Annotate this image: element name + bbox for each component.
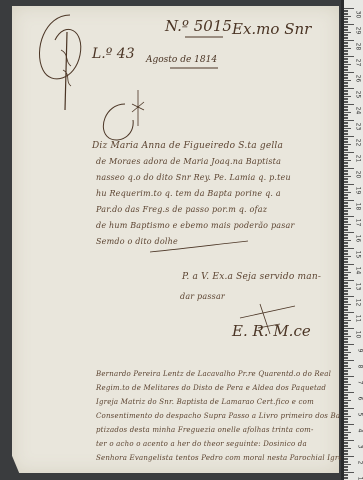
date-underline (170, 66, 220, 70)
margin-flourish-icon (25, 10, 95, 120)
petition-line: Par.do das Freg.s de passo por.m q. ofaz (96, 205, 267, 214)
petition-line: de hum Baptismo e ebemo mais poderão pas… (96, 221, 295, 230)
ruler-label: 1 (357, 477, 363, 480)
ruler-label: 30 (355, 11, 362, 19)
ruler-label: 11 (355, 315, 362, 323)
ruler-label: 20 (355, 171, 362, 179)
ruler-label: 18 (355, 203, 362, 211)
ruler-label: 7 (357, 381, 363, 385)
ruler-label: 24 (355, 107, 362, 115)
certificate-line: Senhora Evangelista tentos Pedro com mor… (96, 454, 349, 462)
certificate-line: ptizados desta minha Freguezia onelle af… (96, 426, 314, 434)
ruler-label: 29 (355, 27, 362, 35)
ruler-label: 22 (355, 139, 362, 147)
certificate-line: Regim.to de Melitares do Disto de Pera e… (96, 384, 326, 392)
ruler-label: 23 (355, 123, 362, 131)
petition-end-stroke (150, 240, 250, 254)
certificate-line: Igreja Matriz do Snr. Baptista de Lamara… (96, 398, 314, 406)
reference-underline (185, 35, 225, 39)
ruler-label: 28 (355, 43, 362, 51)
certificate-line: Consentimento do despacho Supra Passo a … (96, 412, 340, 420)
ruler-label: 6 (357, 397, 363, 401)
ruler-label: 3 (357, 445, 363, 449)
salutation: Ex.mo Snr (232, 20, 311, 38)
ruler-label: 16 (355, 235, 362, 243)
petition-line: nasseo q.o do dito Snr Rey. Pe. Lamia q.… (96, 173, 291, 182)
ruler-label: 13 (355, 283, 362, 291)
signature-erm: E. R. M.ce (232, 322, 311, 340)
ruler-label: 25 (355, 91, 362, 99)
ruler-label: 8 (357, 365, 363, 369)
ruler-label: 14 (355, 267, 362, 275)
reference-number: N.º 5015 (165, 17, 232, 35)
ruler-label: 15 (355, 251, 362, 259)
petition-line: Diz Maria Anna de Figueiredo S.ta gella (92, 141, 283, 151)
closing-line: P. a V. Ex.a Seja servido man- (182, 272, 321, 282)
ruler-label: 9 (357, 349, 363, 353)
ruler-label: 2 (357, 461, 363, 465)
certificate-line: Bernardo Pereira Lentz de Lacavalho Pr.r… (96, 370, 331, 378)
torn-corner (10, 451, 20, 475)
petition-line: hu Requerim.to q. tem da Bapta porine q.… (96, 189, 281, 198)
ruler-label: 17 (355, 219, 362, 227)
bundle-reference: L.º 43 (92, 46, 135, 62)
initial-d-flourish-icon (95, 100, 145, 145)
certificate-line: ter o acho o acento a her do theor segui… (96, 440, 307, 448)
ruler-label: 12 (355, 299, 362, 307)
ruler-label: 19 (355, 187, 362, 195)
ruler-label: 5 (357, 413, 363, 417)
petition-line: de Moraes adora de Maria Joaq.na Baptist… (96, 157, 281, 166)
ruler-label: 21 (355, 155, 362, 163)
closing-line: dar passar (180, 292, 225, 301)
measurement-ruler: 3029282726252423222120191817161514131211… (341, 0, 363, 480)
ruler-label: 10 (355, 331, 362, 339)
ruler-label: 27 (355, 59, 362, 67)
ruler-label: 26 (355, 75, 362, 83)
ruler-label: 4 (357, 429, 363, 433)
date-note: Agosto de 1814 (146, 55, 217, 65)
